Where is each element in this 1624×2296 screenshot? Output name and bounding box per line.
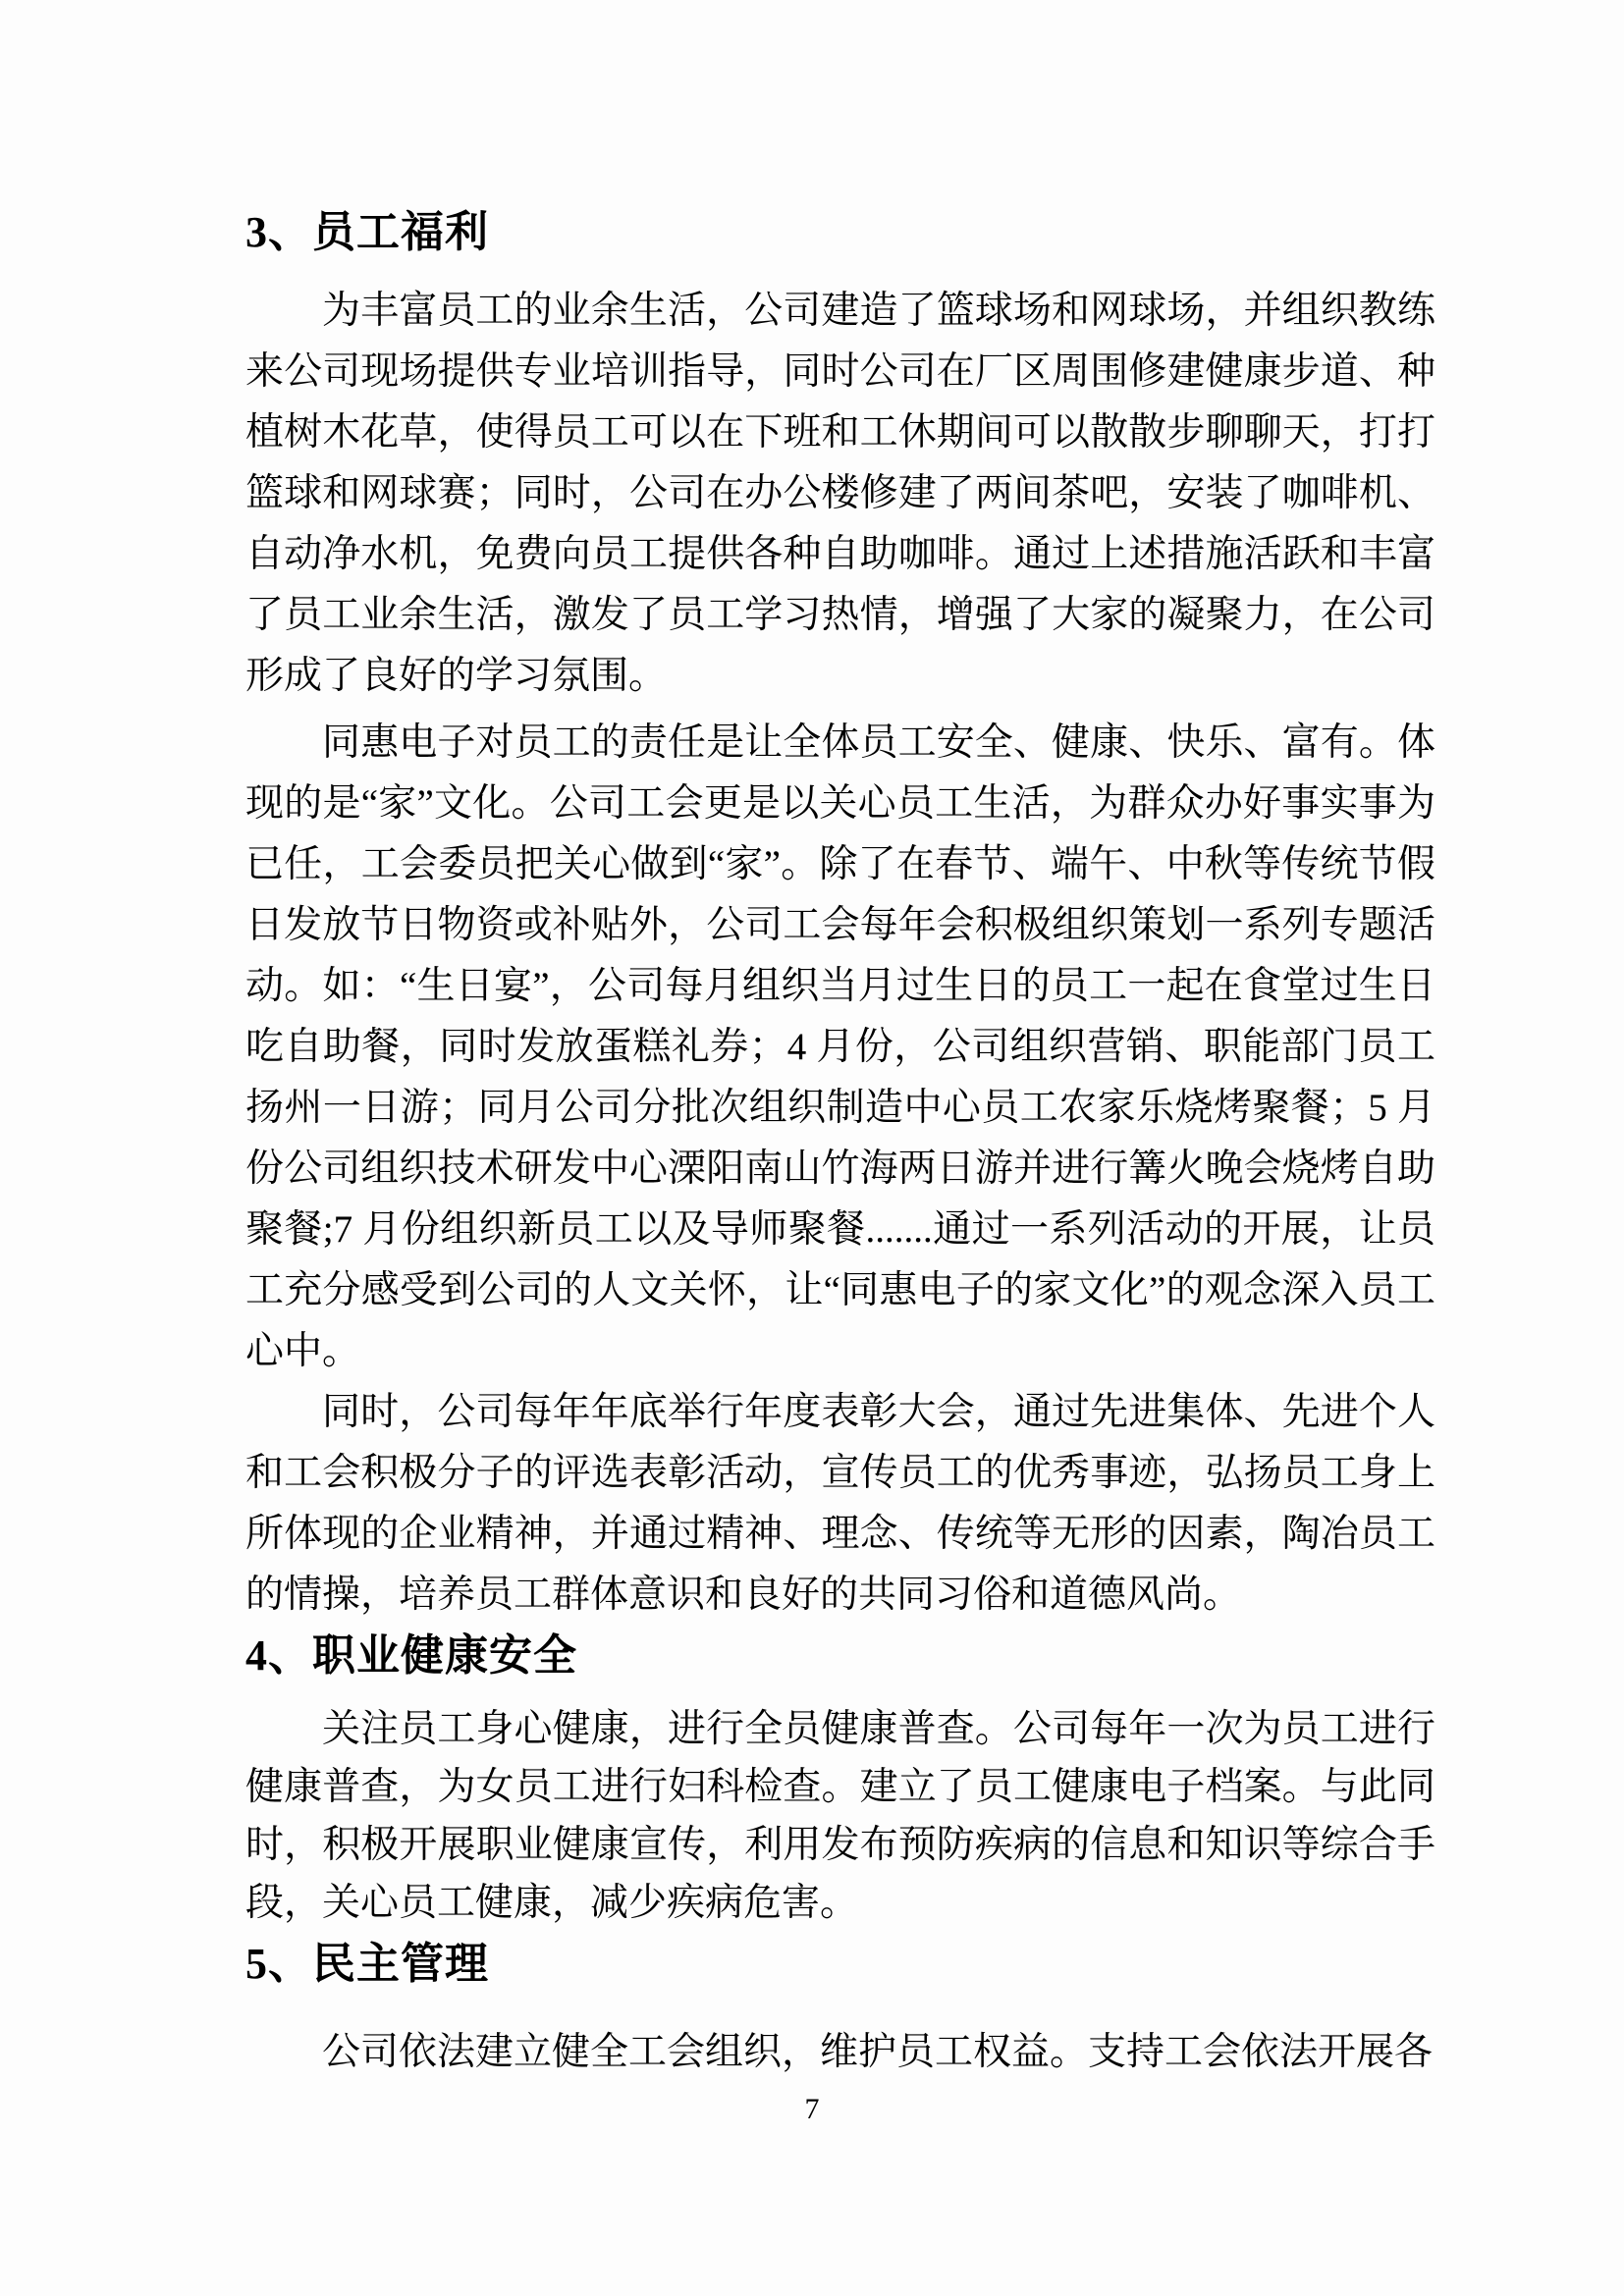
document-page: 3、员工福利 为丰富员工的业余生活，公司建造了篮球场和网球场，并组织教练来公司现…	[0, 0, 1624, 2296]
page-number: 7	[0, 2093, 1624, 2126]
paragraph-union-organization: 公司依法建立健全工会组织，维护员工权益。支持工会依法开展各	[245, 2022, 1435, 2083]
section-heading-employee-welfare: 3、员工福利	[245, 202, 1435, 263]
paragraph-welfare-facilities: 为丰富员工的业余生活，公司建造了篮球场和网球场，并组织教练来公司现场提供专业培训…	[245, 281, 1435, 707]
paragraph-health-checkups: 关注员工身心健康，进行全员健康普查。公司每年一次为员工进行健康普查，为女员工进行…	[245, 1700, 1435, 1932]
section-heading-occupational-health-safety: 4、职业健康安全	[245, 1626, 1435, 1686]
paragraph-family-culture-activities: 同惠电子对员工的责任是让全体员工安全、健康、快乐、富有。体现的是“家”文化。公司…	[245, 713, 1435, 1382]
section-heading-democratic-management: 5、民主管理	[245, 1934, 1435, 1995]
paragraph-annual-commendation: 同时，公司每年年底举行年度表彰大会，通过先进集体、先进个人和工会积极分子的评选表…	[245, 1382, 1435, 1626]
page-content: 3、员工福利 为丰富员工的业余生活，公司建造了篮球场和网球场，并组织教练来公司现…	[0, 202, 1624, 2083]
